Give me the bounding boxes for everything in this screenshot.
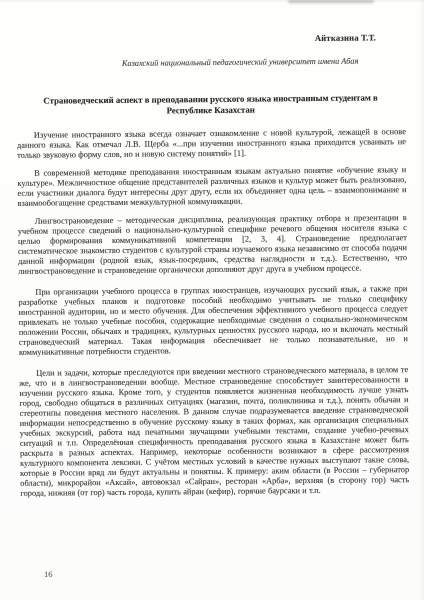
paragraph-linguocultural-studies: Лингвострановедение – методическая дисци…	[18, 213, 408, 277]
paragraph-introduction: Изучение иностранного языка всегда означ…	[17, 127, 406, 161]
paragraph-teaching-process: При организации учебного процесса в груп…	[18, 284, 408, 358]
article-title: Страноведческий аспект в преподавании ру…	[28, 92, 394, 118]
article-content: Айтказина Т.Т. Казахский национальный пе…	[0, 0, 424, 499]
author-name: Айтказина Т.Т.	[0, 32, 422, 46]
paragraph-language-and-culture: В современной методике преподавания инос…	[17, 165, 406, 209]
scanned-article-page: Айтказина Т.Т. Казахский национальный пе…	[0, 0, 424, 600]
article-body: Изучение иностранного языка всегда означ…	[0, 127, 424, 499]
author-affiliation: Казахский национальный педагогический ун…	[28, 56, 424, 70]
page-number: 16	[44, 569, 53, 579]
paragraph-local-material: Цели и задачи, которые преследуются при …	[19, 365, 409, 499]
